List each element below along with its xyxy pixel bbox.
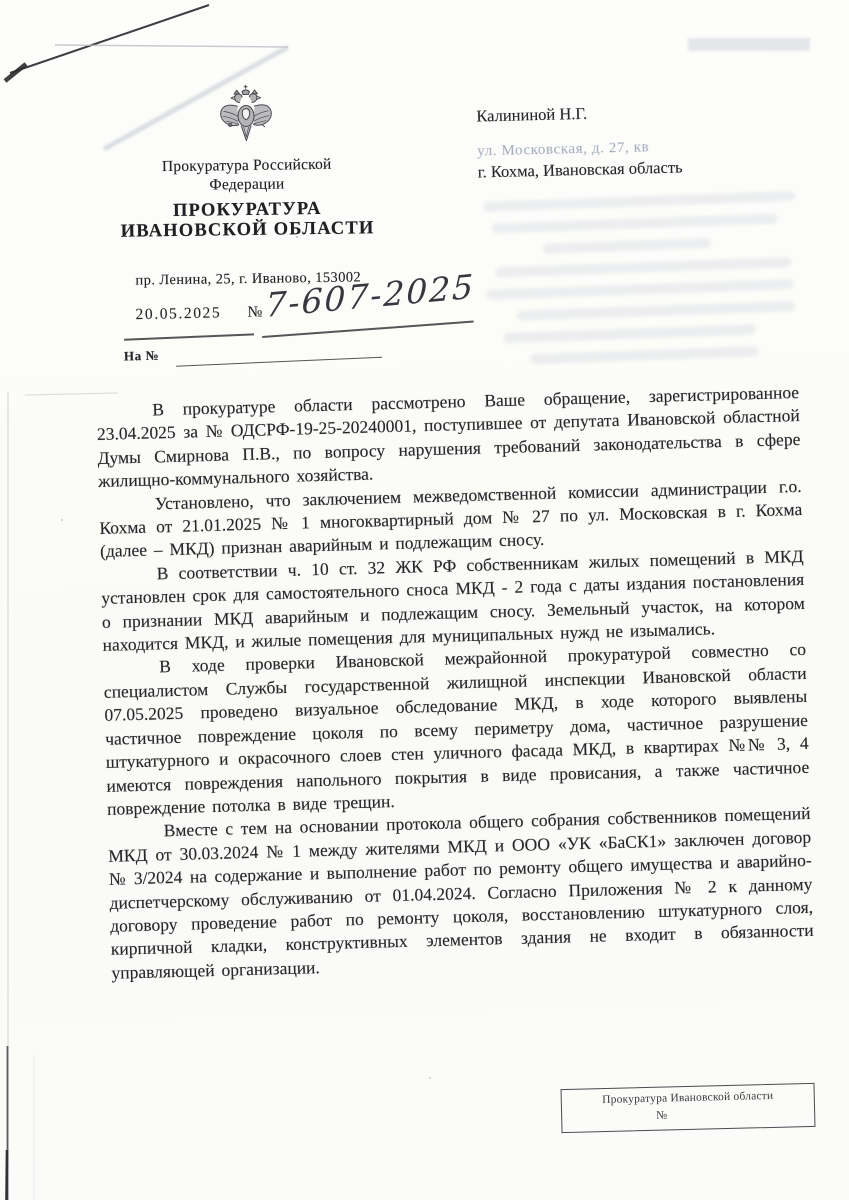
body-paragraph: Вместе с тем на основании протокола обще…	[107, 802, 814, 985]
letter-date: 20.05.2025	[135, 304, 221, 324]
letterhead: Прокуратура Российской Федерации ПРОКУРА…	[87, 82, 408, 290]
stamp-org-name: Прокуратура Ивановской области	[562, 1089, 814, 1107]
in-reply-to-underline	[176, 357, 382, 367]
number-sign: №	[247, 303, 262, 321]
ghost-line	[504, 324, 756, 343]
number-underline	[262, 321, 474, 338]
ghost-line	[517, 301, 795, 321]
recipient-name: Калининой Н.Г.	[476, 102, 681, 126]
letter-body: В прокуратуре области рассмотрено Ваше о…	[96, 381, 815, 985]
ghost-line	[483, 191, 795, 212]
ghost-line	[543, 238, 711, 254]
bleed-through-text	[483, 190, 819, 377]
ghost-line	[492, 214, 778, 234]
recipient-city: г. Кохма, Ивановская область	[477, 157, 682, 181]
org-name-line2: ИВАНОВСКОЙ ОБЛАСТИ	[88, 218, 406, 242]
ghost-line	[486, 279, 794, 300]
registration-stamp: Прокуратура Ивановской области №	[561, 1083, 816, 1133]
date-underline	[124, 333, 254, 340]
parent-org-name-line2: Федерации	[88, 173, 406, 196]
recipient-block: Калининой Н.Г. ул. Московская, д. 27, кв…	[476, 102, 683, 182]
russia-coat-of-arms-icon	[215, 84, 278, 149]
stamp-number-label: №	[656, 1110, 667, 1122]
ghost-line	[495, 257, 791, 277]
in-reply-to-label: На №	[124, 348, 160, 364]
ghost-line	[530, 346, 758, 364]
body-paragraph: В ходе проверки Ивановской межрайонной п…	[103, 638, 810, 821]
scanned-letter-page: Прокуратура Российской Федерации ПРОКУРА…	[0, 0, 849, 1200]
